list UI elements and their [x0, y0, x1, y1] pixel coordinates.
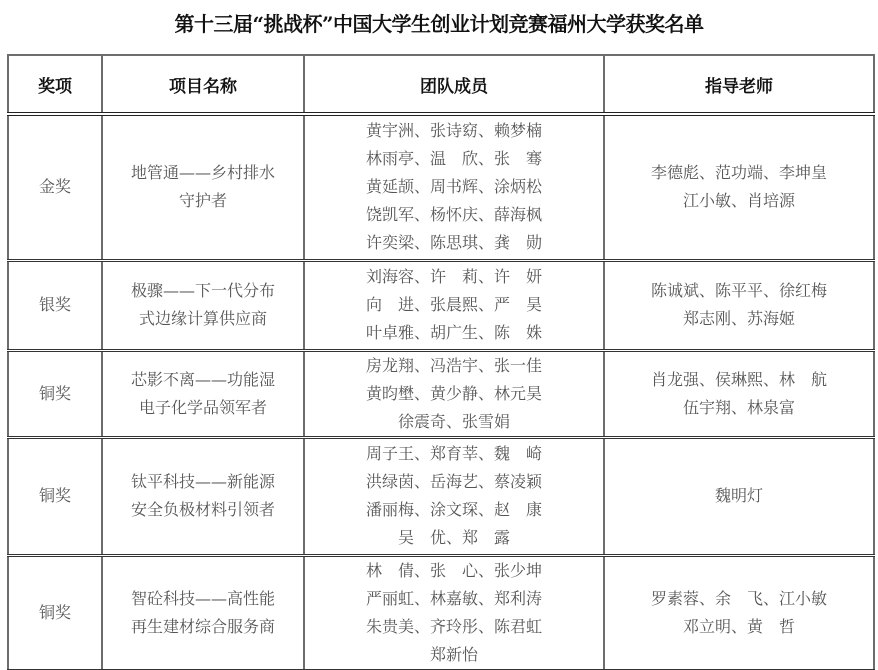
- award-cell: 金奖: [8, 114, 102, 260]
- advisors-cell-line: 罗素蓉、余 飞、江小敏: [651, 585, 827, 613]
- team-members-cell-line: 叶卓雅、胡广生、陈 姝: [366, 319, 542, 347]
- project-name-cell-line: 钛平科技——新能源: [113, 468, 293, 496]
- advisors-cell-line: 江小敏、肖培源: [651, 187, 827, 215]
- advisors-cell-line: 肖龙强、侯琳熙、林 航: [651, 366, 827, 394]
- team-members-cell-line: 房龙翔、冯浩宇、张一佳: [366, 352, 542, 380]
- team-members-cell-line: 饶凯军、杨怀庆、薛海枫: [366, 201, 542, 229]
- team-members-cell-line: 黄昀壄、黄少静、林元昊: [366, 380, 542, 408]
- team-members-cell-line: 吴 优、郑 露: [366, 524, 542, 552]
- award-cell: 铜奖: [8, 350, 102, 437]
- award-cell: 银奖: [8, 260, 102, 350]
- header-award: 奖项: [8, 55, 102, 114]
- awards-table: 奖项 项目名称 团队成员 指导老师 金奖地管通——乡村排水守护者黄宇洲、张诗窈、…: [7, 54, 875, 670]
- advisors-cell: 陈诚斌、陈平平、徐红梅郑志刚、苏海姬: [604, 260, 874, 350]
- table-row: 铜奖芯影不离——功能湿电子化学品领军者房龙翔、冯浩宇、张一佳黄昀壄、黄少静、林元…: [8, 350, 874, 437]
- project-name-cell-line: 安全负极材料引领者: [113, 496, 293, 524]
- team-members-cell: 周子王、郑育莘、魏 崎洪绿茵、岳海艺、蔡凌颖潘丽梅、涂文琛、赵 康吴 优、郑 露: [304, 437, 604, 555]
- team-members-cell-line: 郑新怡: [366, 641, 542, 669]
- team-members-cell-line: 黄宇洲、张诗窈、赖梦楠: [366, 117, 542, 145]
- award-cell: 铜奖: [8, 437, 102, 555]
- project-name-cell-line: 式边缘计算供应商: [113, 305, 293, 333]
- advisors-cell-line: 伍宇翔、林泉富: [651, 394, 827, 422]
- project-name-cell-line: 极骤——下一代分布: [113, 277, 293, 305]
- project-name-cell-line: 守护者: [113, 187, 293, 215]
- project-name-cell: 极骤——下一代分布式边缘计算供应商: [102, 260, 304, 350]
- team-members-cell-line: 严丽虹、林嘉敏、郑利涛: [366, 585, 542, 613]
- table-row: 银奖极骤——下一代分布式边缘计算供应商刘海容、许 莉、许 妍向 进、张晨熙、严 …: [8, 260, 874, 350]
- advisors-cell-line: 邓立明、黄 哲: [651, 613, 827, 641]
- team-members-cell-line: 林雨亭、温 欣、张 骞: [366, 145, 542, 173]
- team-members-cell: 黄宇洲、张诗窈、赖梦楠林雨亭、温 欣、张 骞黄延颉、周书辉、涂炳松饶凯军、杨怀庆…: [304, 114, 604, 260]
- table-body: 金奖地管通——乡村排水守护者黄宇洲、张诗窈、赖梦楠林雨亭、温 欣、张 骞黄延颉、…: [8, 114, 874, 670]
- advisors-cell: 魏明灯: [604, 437, 874, 555]
- team-members-cell-line: 朱贵美、齐玲彤、陈君虹: [366, 613, 542, 641]
- team-members-cell-line: 向 进、张晨熙、严 昊: [366, 291, 542, 319]
- team-members-cell: 房龙翔、冯浩宇、张一佳黄昀壄、黄少静、林元昊徐震奇、张雪娟: [304, 350, 604, 437]
- team-members-cell-line: 洪绿茵、岳海艺、蔡凌颖: [366, 468, 542, 496]
- table-header-row: 奖项 项目名称 团队成员 指导老师: [8, 55, 874, 114]
- project-name-cell-line: 地管通——乡村排水: [113, 159, 293, 187]
- advisors-cell-line: 郑志刚、苏海姬: [651, 305, 827, 333]
- team-members-cell: 林 倩、张 心、张少坤严丽虹、林嘉敏、郑利涛朱贵美、齐玲彤、陈君虹郑新怡: [304, 555, 604, 670]
- team-members-cell-line: 潘丽梅、涂文琛、赵 康: [366, 496, 542, 524]
- advisors-cell: 罗素蓉、余 飞、江小敏邓立明、黄 哲: [604, 555, 874, 670]
- team-members-cell-line: 周子王、郑育莘、魏 崎: [366, 440, 542, 468]
- advisors-cell-line: 魏明灯: [715, 482, 763, 510]
- project-name-cell-line: 芯影不离——功能湿: [113, 366, 293, 394]
- team-members-cell-line: 黄延颉、周书辉、涂炳松: [366, 173, 542, 201]
- header-project-name: 项目名称: [102, 55, 304, 114]
- advisors-cell: 肖龙强、侯琳熙、林 航伍宇翔、林泉富: [604, 350, 874, 437]
- award-cell: 铜奖: [8, 555, 102, 670]
- team-members-cell-line: 许奕梁、陈思琪、龚 勋: [366, 229, 542, 257]
- header-advisors: 指导老师: [604, 55, 874, 114]
- project-name-cell: 智砼科技——高性能再生建材综合服务商: [102, 555, 304, 670]
- team-members-cell-line: 林 倩、张 心、张少坤: [366, 557, 542, 585]
- table-row: 金奖地管通——乡村排水守护者黄宇洲、张诗窈、赖梦楠林雨亭、温 欣、张 骞黄延颉、…: [8, 114, 874, 260]
- advisors-cell-line: 陈诚斌、陈平平、徐红梅: [651, 277, 827, 305]
- table-row: 铜奖钛平科技——新能源安全负极材料引领者周子王、郑育莘、魏 崎洪绿茵、岳海艺、蔡…: [8, 437, 874, 555]
- project-name-cell-line: 智砼科技——高性能: [113, 585, 293, 613]
- project-name-cell: 地管通——乡村排水守护者: [102, 114, 304, 260]
- advisors-cell: 李德彪、范功端、李坤皇江小敏、肖培源: [604, 114, 874, 260]
- team-members-cell: 刘海容、许 莉、许 妍向 进、张晨熙、严 昊叶卓雅、胡广生、陈 姝: [304, 260, 604, 350]
- project-name-cell-line: 再生建材综合服务商: [113, 613, 293, 641]
- project-name-cell: 钛平科技——新能源安全负极材料引领者: [102, 437, 304, 555]
- team-members-cell-line: 刘海容、许 莉、许 妍: [366, 263, 542, 291]
- team-members-cell-line: 徐震奇、张雪娟: [366, 408, 542, 436]
- header-team-members: 团队成员: [304, 55, 604, 114]
- project-name-cell-line: 电子化学品领军者: [113, 394, 293, 422]
- project-name-cell: 芯影不离——功能湿电子化学品领军者: [102, 350, 304, 437]
- document-title: 第十三届“挑战杯”中国大学生创业计划竞赛福州大学获奖名单: [0, 8, 878, 37]
- advisors-cell-line: 李德彪、范功端、李坤皇: [651, 159, 827, 187]
- table-row: 铜奖智砼科技——高性能再生建材综合服务商林 倩、张 心、张少坤严丽虹、林嘉敏、郑…: [8, 555, 874, 670]
